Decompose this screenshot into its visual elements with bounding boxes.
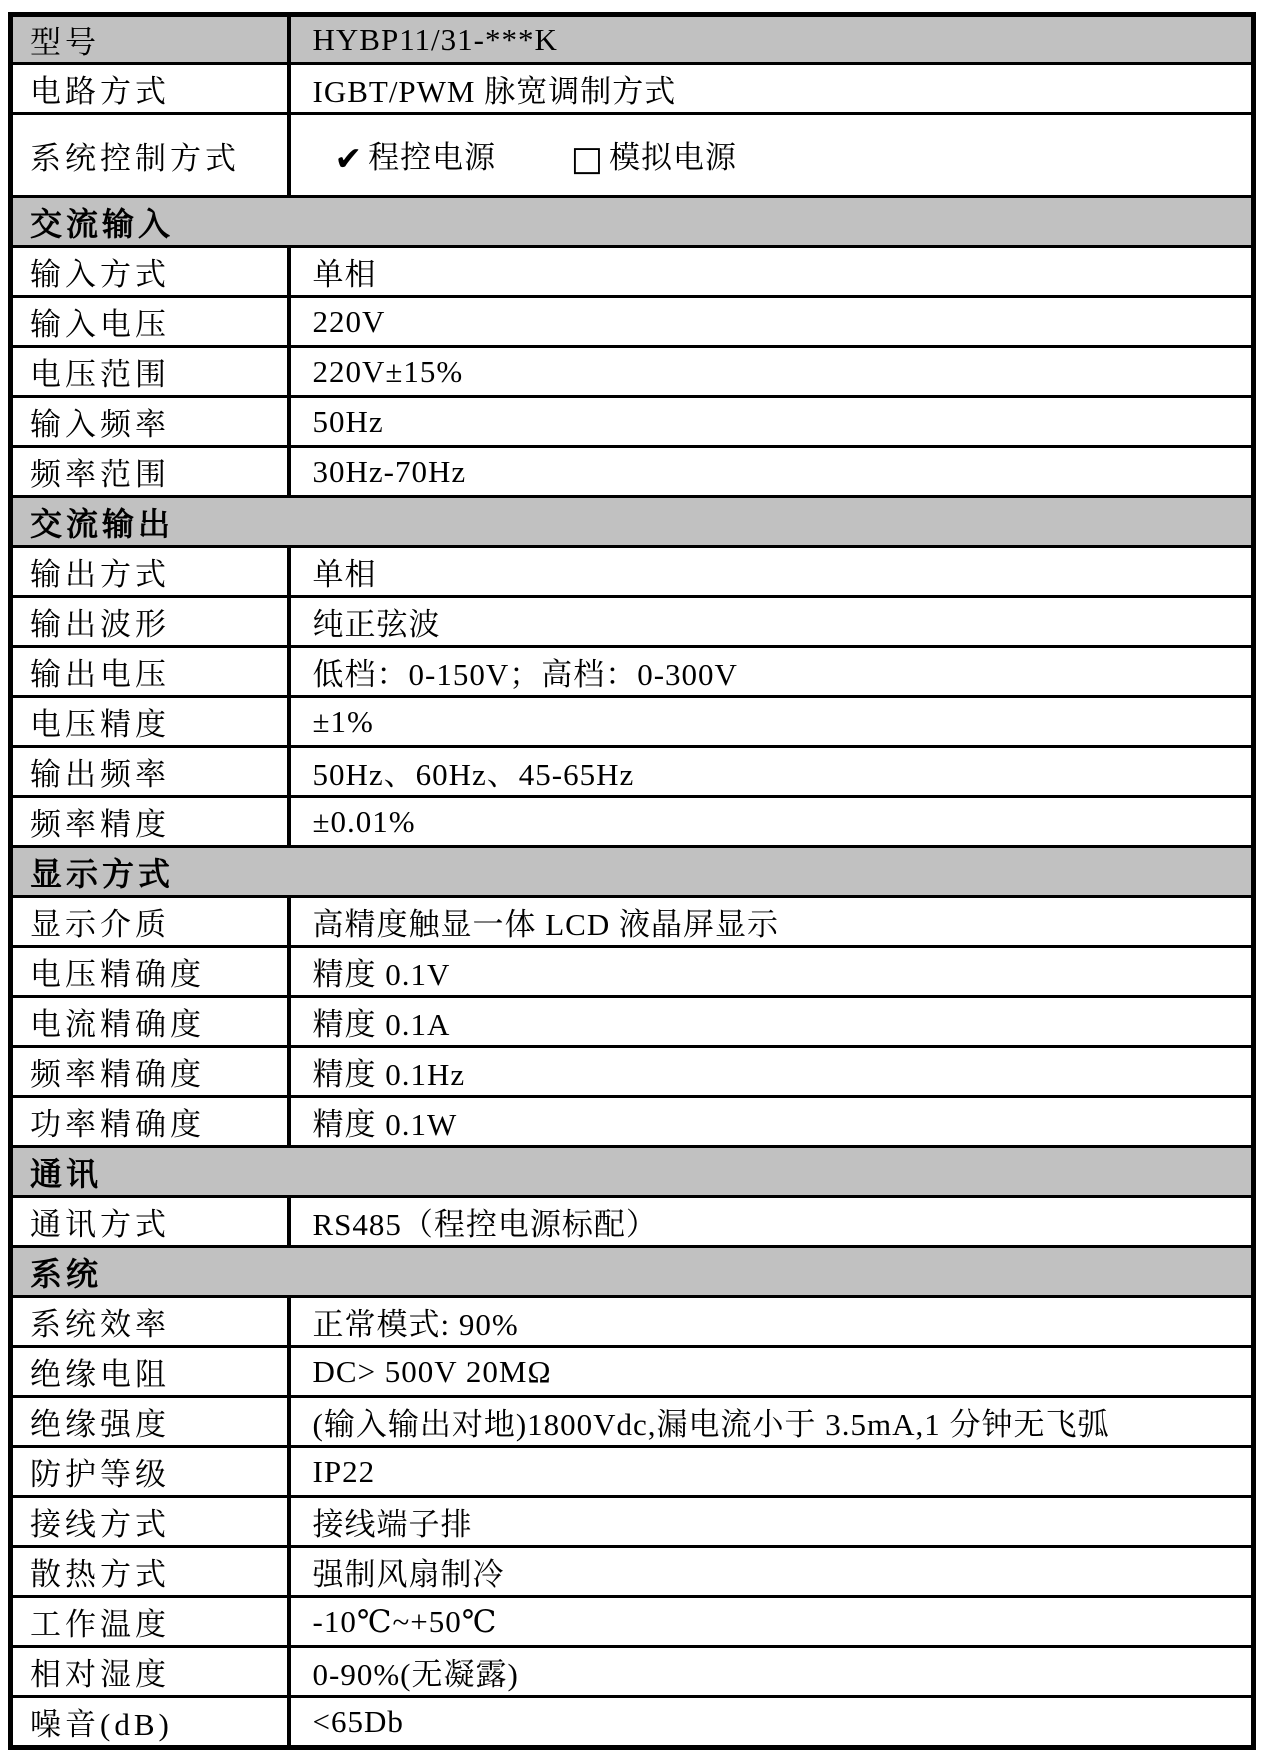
spec-value-cell: 220V (289, 297, 1254, 347)
spec-label-cell: 工作温度 (11, 1597, 289, 1647)
section-title: 交流输出 (11, 497, 1254, 547)
table-row: 电压范围 220V±15% (11, 347, 1254, 397)
table-row: 接线方式 接线端子排 (11, 1497, 1254, 1547)
spec-value-cell: 精度 0.1Hz (289, 1047, 1254, 1097)
section-title: 通讯 (11, 1147, 1254, 1197)
option-label: 模拟电源 (609, 140, 737, 175)
spec-label-cell: 型号 (11, 15, 289, 64)
table-row-model: 型号 HYBP11/31-***K (11, 15, 1254, 64)
section-title: 系统 (11, 1247, 1254, 1297)
spec-label-cell: 绝缘强度 (11, 1397, 289, 1447)
spec-value-cell: 50Hz、60Hz、45-65Hz (289, 747, 1254, 797)
spec-label-cell: 功率精确度 (11, 1097, 289, 1147)
section-header-row: 显示方式 (11, 847, 1254, 897)
spec-label-cell: 电压范围 (11, 347, 289, 397)
spec-value-cell: ±1% (289, 697, 1254, 747)
checked-checkbox-icon: ✔ (335, 139, 364, 178)
spec-value-cell: DC> 500V 20MΩ (289, 1347, 1254, 1397)
option-analog-power: □模拟电源 (571, 132, 737, 179)
spec-label-cell: 接线方式 (11, 1497, 289, 1547)
spec-label-cell: 输出波形 (11, 597, 289, 647)
spec-label-cell: 频率精度 (11, 797, 289, 847)
section-header-row: 交流输入 (11, 197, 1254, 247)
spec-value-cell: 精度 0.1V (289, 947, 1254, 997)
spec-value-cell: (输入输出对地)1800Vdc,漏电流小于 3.5mA,1 分钟无飞弧 (289, 1397, 1254, 1447)
spec-label-cell: 显示介质 (11, 897, 289, 947)
table-row: 输入方式 单相 (11, 247, 1254, 297)
spec-label-cell: 输出方式 (11, 547, 289, 597)
spec-value-cell: <65Db (289, 1697, 1254, 1748)
spec-value-cell: ✔程控电源 □模拟电源 (289, 114, 1254, 197)
spec-value-cell: 30Hz-70Hz (289, 447, 1254, 497)
spec-label-cell: 通讯方式 (11, 1197, 289, 1247)
spec-value-cell: IP22 (289, 1447, 1254, 1497)
spec-label-cell: 频率范围 (11, 447, 289, 497)
table-row: 工作温度 -10℃~+50℃ (11, 1597, 1254, 1647)
table-row-control-mode: 系统控制方式 ✔程控电源 □模拟电源 (11, 114, 1254, 197)
spec-label-cell: 绝缘电阻 (11, 1347, 289, 1397)
spec-label-cell: 输出频率 (11, 747, 289, 797)
section-header-row: 系统 (11, 1247, 1254, 1297)
spec-label-cell: 系统效率 (11, 1297, 289, 1347)
spec-label-cell: 系统控制方式 (11, 114, 289, 197)
spec-table: 型号 HYBP11/31-***K 电路方式 IGBT/PWM 脉宽调制方式 系… (8, 12, 1256, 1750)
section-header-row: 交流输出 (11, 497, 1254, 547)
table-row: 绝缘强度 (输入输出对地)1800Vdc,漏电流小于 3.5mA,1 分钟无飞弧 (11, 1397, 1254, 1447)
spec-value-cell: HYBP11/31-***K (289, 15, 1254, 64)
table-row: 绝缘电阻 DC> 500V 20MΩ (11, 1347, 1254, 1397)
spec-value-cell: RS485（程控电源标配） (289, 1197, 1254, 1247)
table-row: 频率范围 30Hz-70Hz (11, 447, 1254, 497)
spec-value-cell: -10℃~+50℃ (289, 1597, 1254, 1647)
table-row: 输出波形 纯正弦波 (11, 597, 1254, 647)
unchecked-checkbox-icon: □ (571, 139, 604, 179)
spec-value-cell: 单相 (289, 247, 1254, 297)
spec-label-cell: 防护等级 (11, 1447, 289, 1497)
spec-label-cell: 电压精度 (11, 697, 289, 747)
table-row: 功率精确度 精度 0.1W (11, 1097, 1254, 1147)
table-row: 频率精度 ±0.01% (11, 797, 1254, 847)
option-programmable-power: ✔程控电源 (335, 132, 497, 178)
table-row: 电压精确度 精度 0.1V (11, 947, 1254, 997)
spec-value-cell: 精度 0.1W (289, 1097, 1254, 1147)
table-row: 系统效率 正常模式: 90% (11, 1297, 1254, 1347)
spec-label-cell: 散热方式 (11, 1547, 289, 1597)
spec-label-cell: 电流精确度 (11, 997, 289, 1047)
table-row: 通讯方式 RS485（程控电源标配） (11, 1197, 1254, 1247)
table-row: 输入电压 220V (11, 297, 1254, 347)
table-row: 散热方式 强制风扇制冷 (11, 1547, 1254, 1597)
table-row: 噪音(dB) <65Db (11, 1697, 1254, 1748)
spec-value-cell: 正常模式: 90% (289, 1297, 1254, 1347)
table-row: 电压精度 ±1% (11, 697, 1254, 747)
spec-value-cell: 单相 (289, 547, 1254, 597)
spec-label-cell: 输入方式 (11, 247, 289, 297)
spec-value-cell: 220V±15% (289, 347, 1254, 397)
spec-value-cell: 高精度触显一体 LCD 液晶屏显示 (289, 897, 1254, 947)
spec-label-cell: 噪音(dB) (11, 1697, 289, 1748)
spec-value-cell: 精度 0.1A (289, 997, 1254, 1047)
spec-value-cell: IGBT/PWM 脉宽调制方式 (289, 64, 1254, 114)
spec-sheet: 型号 HYBP11/31-***K 电路方式 IGBT/PWM 脉宽调制方式 系… (8, 12, 1256, 1750)
table-row: 电流精确度 精度 0.1A (11, 997, 1254, 1047)
spec-value-cell: 0-90%(无凝露) (289, 1647, 1254, 1697)
table-row: 频率精确度 精度 0.1Hz (11, 1047, 1254, 1097)
table-row: 相对湿度 0-90%(无凝露) (11, 1647, 1254, 1697)
spec-label-cell: 频率精确度 (11, 1047, 289, 1097)
section-title: 交流输入 (11, 197, 1254, 247)
table-row: 输出频率 50Hz、60Hz、45-65Hz (11, 747, 1254, 797)
option-label: 程控电源 (368, 140, 496, 175)
spec-label-cell: 输入频率 (11, 397, 289, 447)
spec-label-cell: 电路方式 (11, 64, 289, 114)
spec-value-cell: 纯正弦波 (289, 597, 1254, 647)
spec-value-cell: 接线端子排 (289, 1497, 1254, 1547)
spec-label-cell: 相对湿度 (11, 1647, 289, 1697)
table-row: 输出方式 单相 (11, 547, 1254, 597)
spec-label-cell: 输出电压 (11, 647, 289, 697)
table-row: 防护等级 IP22 (11, 1447, 1254, 1497)
spec-label-cell: 输入电压 (11, 297, 289, 347)
section-header-row: 通讯 (11, 1147, 1254, 1197)
spec-value-cell: 强制风扇制冷 (289, 1547, 1254, 1597)
table-row: 输出电压 低档：0-150V；高档：0-300V (11, 647, 1254, 697)
section-title: 显示方式 (11, 847, 1254, 897)
spec-value-cell: ±0.01% (289, 797, 1254, 847)
spec-value-cell: 50Hz (289, 397, 1254, 447)
table-row: 电路方式 IGBT/PWM 脉宽调制方式 (11, 64, 1254, 114)
table-row: 输入频率 50Hz (11, 397, 1254, 447)
table-row: 显示介质 高精度触显一体 LCD 液晶屏显示 (11, 897, 1254, 947)
spec-label-cell: 电压精确度 (11, 947, 289, 997)
spec-value-cell: 低档：0-150V；高档：0-300V (289, 647, 1254, 697)
